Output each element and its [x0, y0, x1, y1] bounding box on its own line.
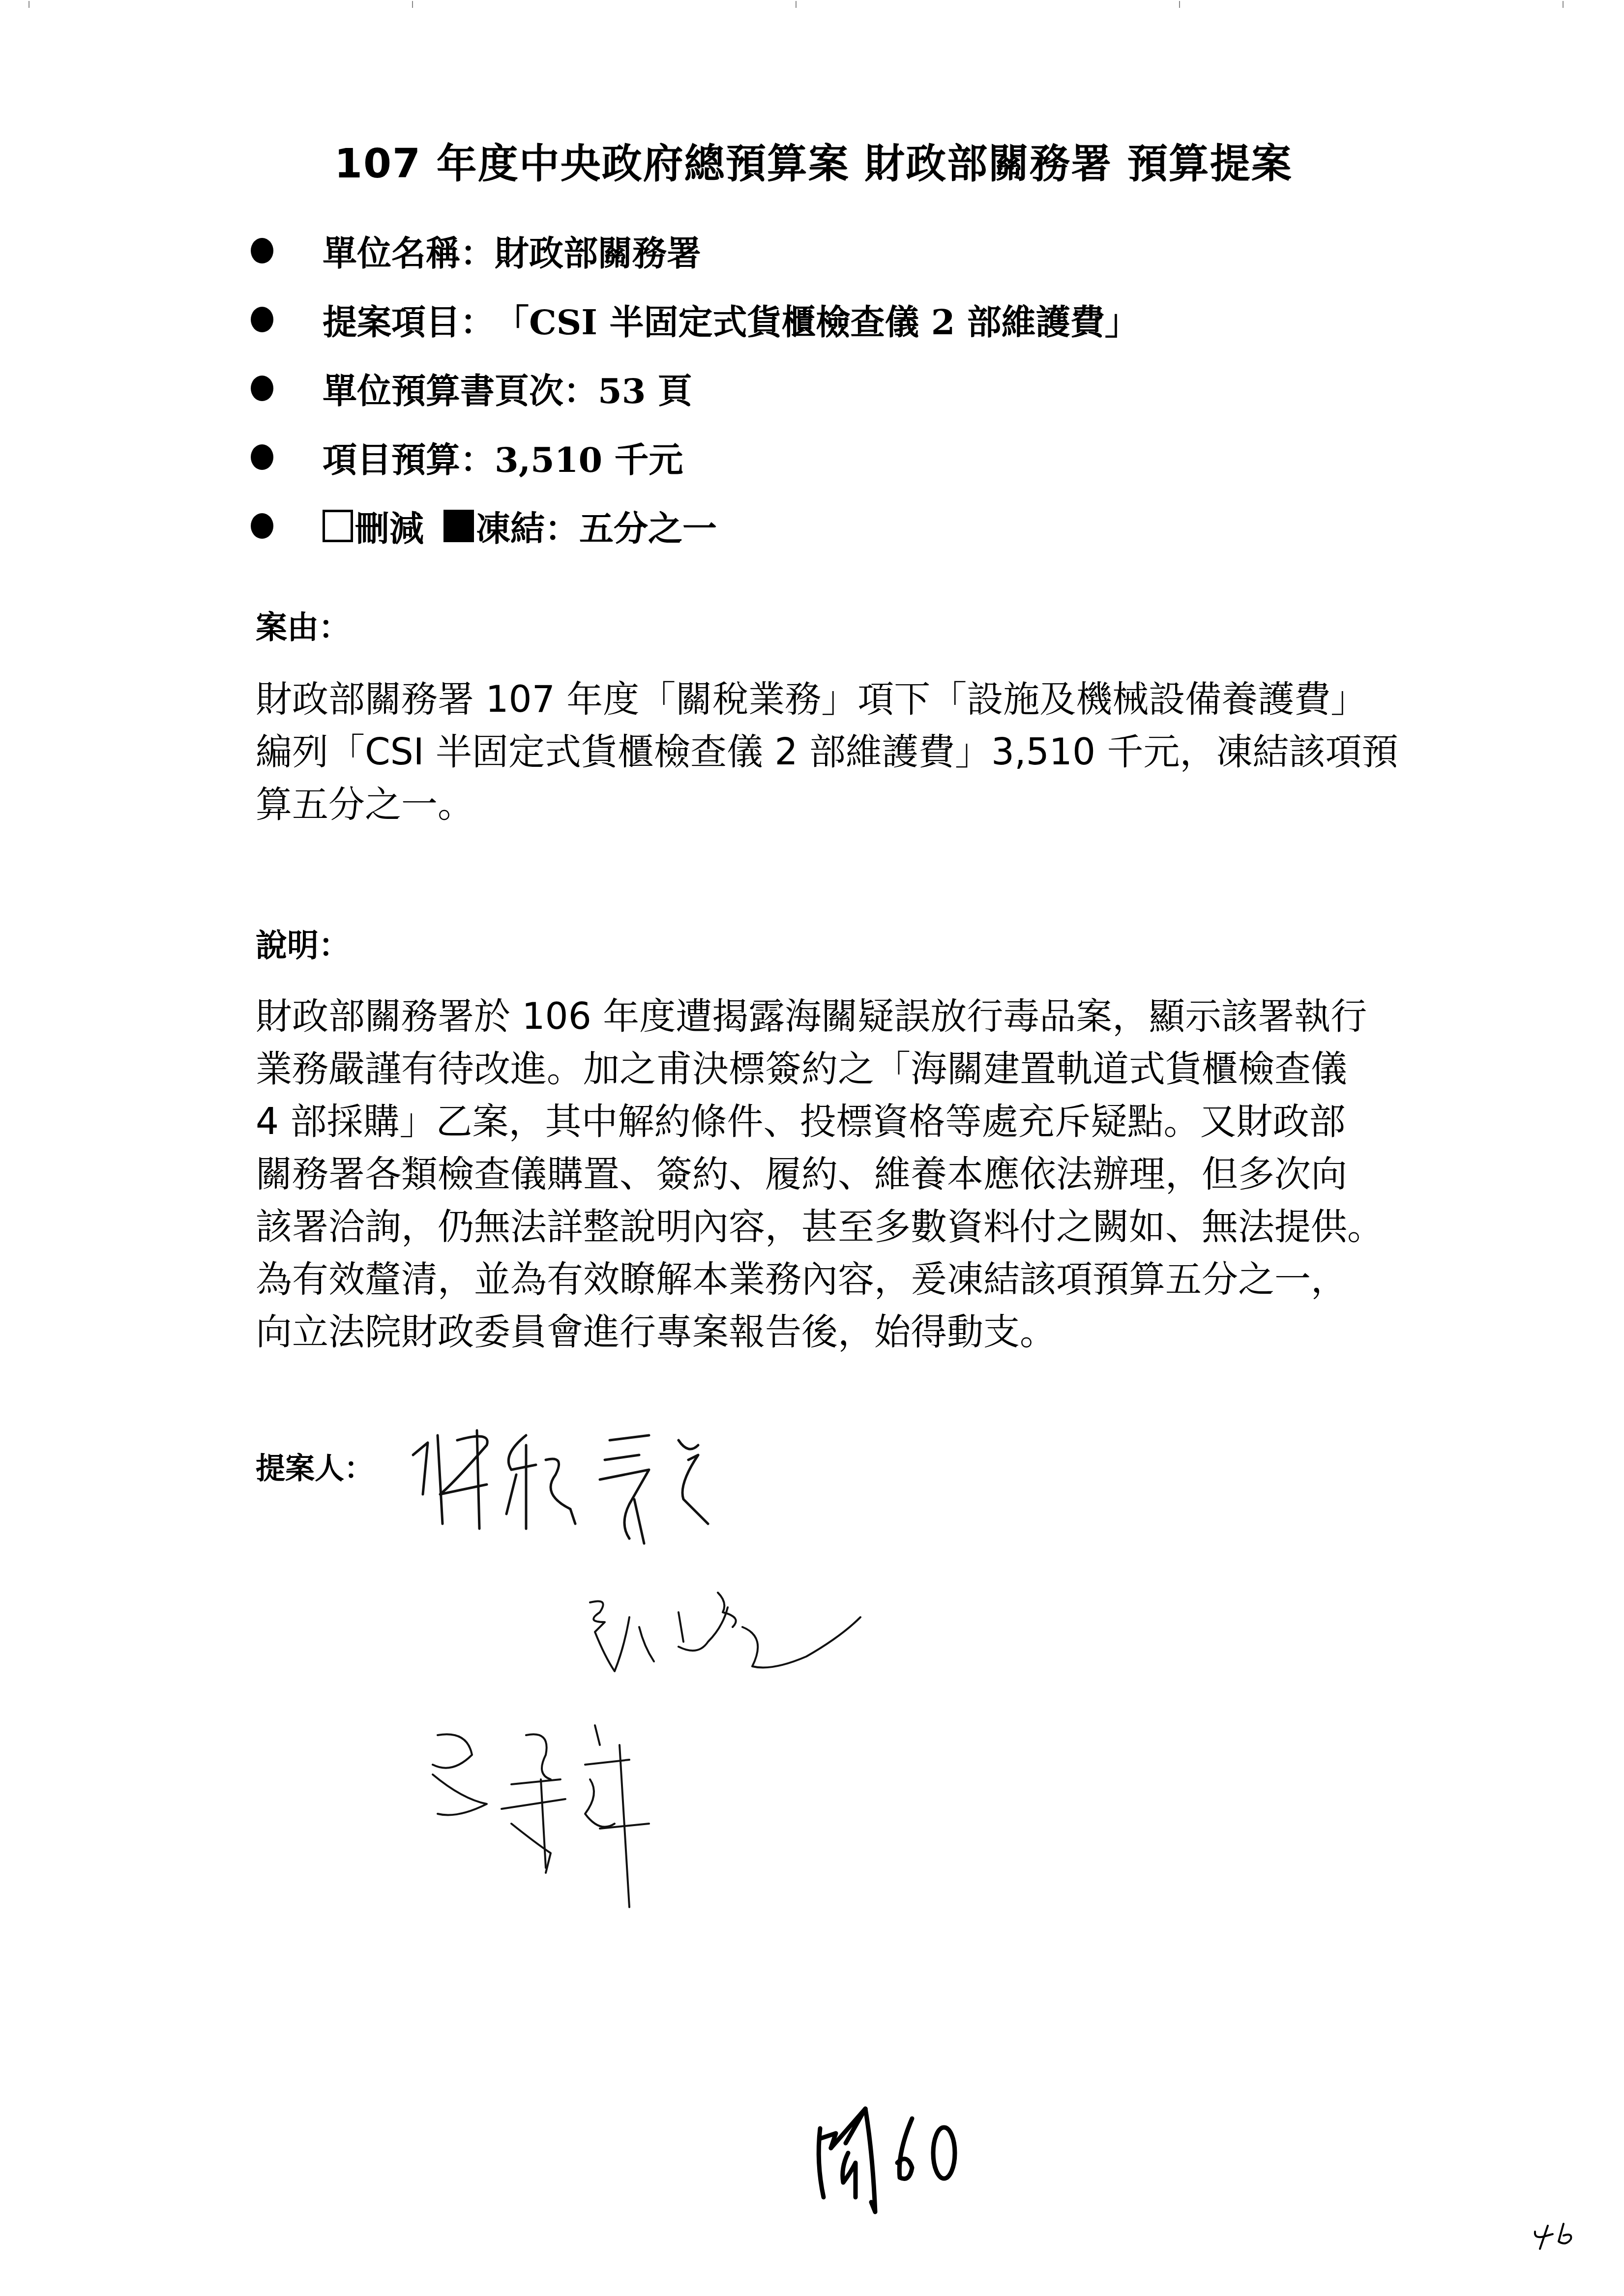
reason-line: 算五分之一。	[256, 779, 1446, 831]
explanation-line: 關務署各類檢查儀購置、簽約、履約、維養本應依法辦理，但多次向	[256, 1148, 1446, 1201]
bullet-dot-icon	[251, 307, 273, 332]
page-number	[1529, 2222, 1578, 2258]
handwritten-note	[806, 2099, 993, 2219]
freeze-value: 五分之一	[579, 501, 717, 551]
cut-checkbox	[323, 510, 353, 542]
scan-mark	[412, 1, 413, 8]
handwritten-signature-2	[580, 1588, 924, 1696]
explanation-line: 業務嚴謹有待改進。加之甫決標簽約之「海關建置軌道式貨櫃檢查儀	[256, 1043, 1446, 1096]
bullet-dot-icon	[251, 444, 273, 470]
scan-edge-marks	[0, 0, 1624, 10]
bullet-unit-name: 單位名稱： 財政部關務署	[251, 216, 1431, 285]
bullet-label: 項目預算：	[323, 433, 495, 482]
explanation-line: 該署洽詢，仍無法詳整說明內容，甚至多數資料付之闕如、無法提供。	[256, 1201, 1446, 1253]
scan-mark	[29, 1, 30, 8]
freeze-label: 凍結	[476, 501, 545, 551]
freeze-checkbox	[443, 510, 474, 542]
document-title: 107 年度中央政府總預算案 財政部關務署 預算提案	[334, 132, 1293, 189]
scan-mark	[1563, 1, 1564, 8]
bullet-proposal-item: 提案項目： 「CSI 半固定式貨櫃檢查儀 2 部維護費」	[251, 285, 1431, 354]
document-page: 107 年度中央政府總預算案 財政部關務署 預算提案 單位名稱： 財政部關務署 …	[0, 0, 1624, 2296]
explanation-paragraph: 財政部關務署於 106 年度遭揭露海關疑誤放行毒品案，顯示該署執行 業務嚴謹有待…	[256, 990, 1446, 1359]
reason-paragraph: 財政部關務署 107 年度「關稅業務」項下「設施及機械設備養護費」 編列「CSI…	[256, 673, 1446, 831]
bullet-label: 單位預算書頁次：	[323, 364, 598, 413]
reason-heading: 案由：	[256, 602, 350, 647]
explanation-line: 4 部採購」乙案，其中解約條件、投標資格等處充斥疑點。又財政部	[256, 1096, 1446, 1148]
bullet-action: 刪減 凍結 ： 五分之一	[251, 492, 1431, 560]
handwritten-signature-3	[423, 1715, 767, 1922]
bullet-dot-icon	[251, 513, 273, 539]
explanation-heading: 說明：	[256, 920, 350, 965]
reason-line: 編列「CSI 半固定式貨櫃檢查儀 2 部維護費」3,510 千元，凍結該項預	[256, 726, 1446, 779]
summary-bullet-list: 單位名稱： 財政部關務署 提案項目： 「CSI 半固定式貨櫃檢查儀 2 部維護費…	[251, 216, 1431, 560]
bullet-dot-icon	[251, 376, 273, 401]
bullet-label: 提案項目：	[323, 295, 495, 345]
proposer-label: 提案人：	[256, 1445, 374, 1487]
bullet-value: 53 頁	[598, 364, 692, 413]
scan-mark	[796, 1, 797, 8]
reason-line: 財政部關務署 107 年度「關稅業務」項下「設施及機械設備養護費」	[256, 673, 1446, 726]
explanation-line: 向立法院財政委員會進行專案報告後，始得動支。	[256, 1306, 1446, 1359]
cut-label: 刪減	[355, 501, 424, 551]
bullet-label: 單位名稱：	[323, 226, 495, 276]
bullet-value: 3,510 千元	[495, 433, 683, 482]
scan-mark	[1179, 1, 1180, 8]
bullet-budget-page: 單位預算書頁次： 53 頁	[251, 354, 1431, 423]
bullet-value: 「CSI 半固定式貨櫃檢查儀 2 部維護費」	[495, 295, 1139, 345]
explanation-line: 為有效釐清，並為有效瞭解本業務內容，爰凍結該項預算五分之一，	[256, 1253, 1446, 1306]
explanation-line: 財政部關務署於 106 年度遭揭露海關疑誤放行毒品案，顯示該署執行	[256, 990, 1446, 1043]
bullet-dot-icon	[251, 238, 273, 263]
freeze-separator: ：	[545, 501, 579, 551]
bullet-value: 財政部關務署	[495, 226, 701, 276]
bullet-item-budget: 項目預算： 3,510 千元	[251, 423, 1431, 492]
